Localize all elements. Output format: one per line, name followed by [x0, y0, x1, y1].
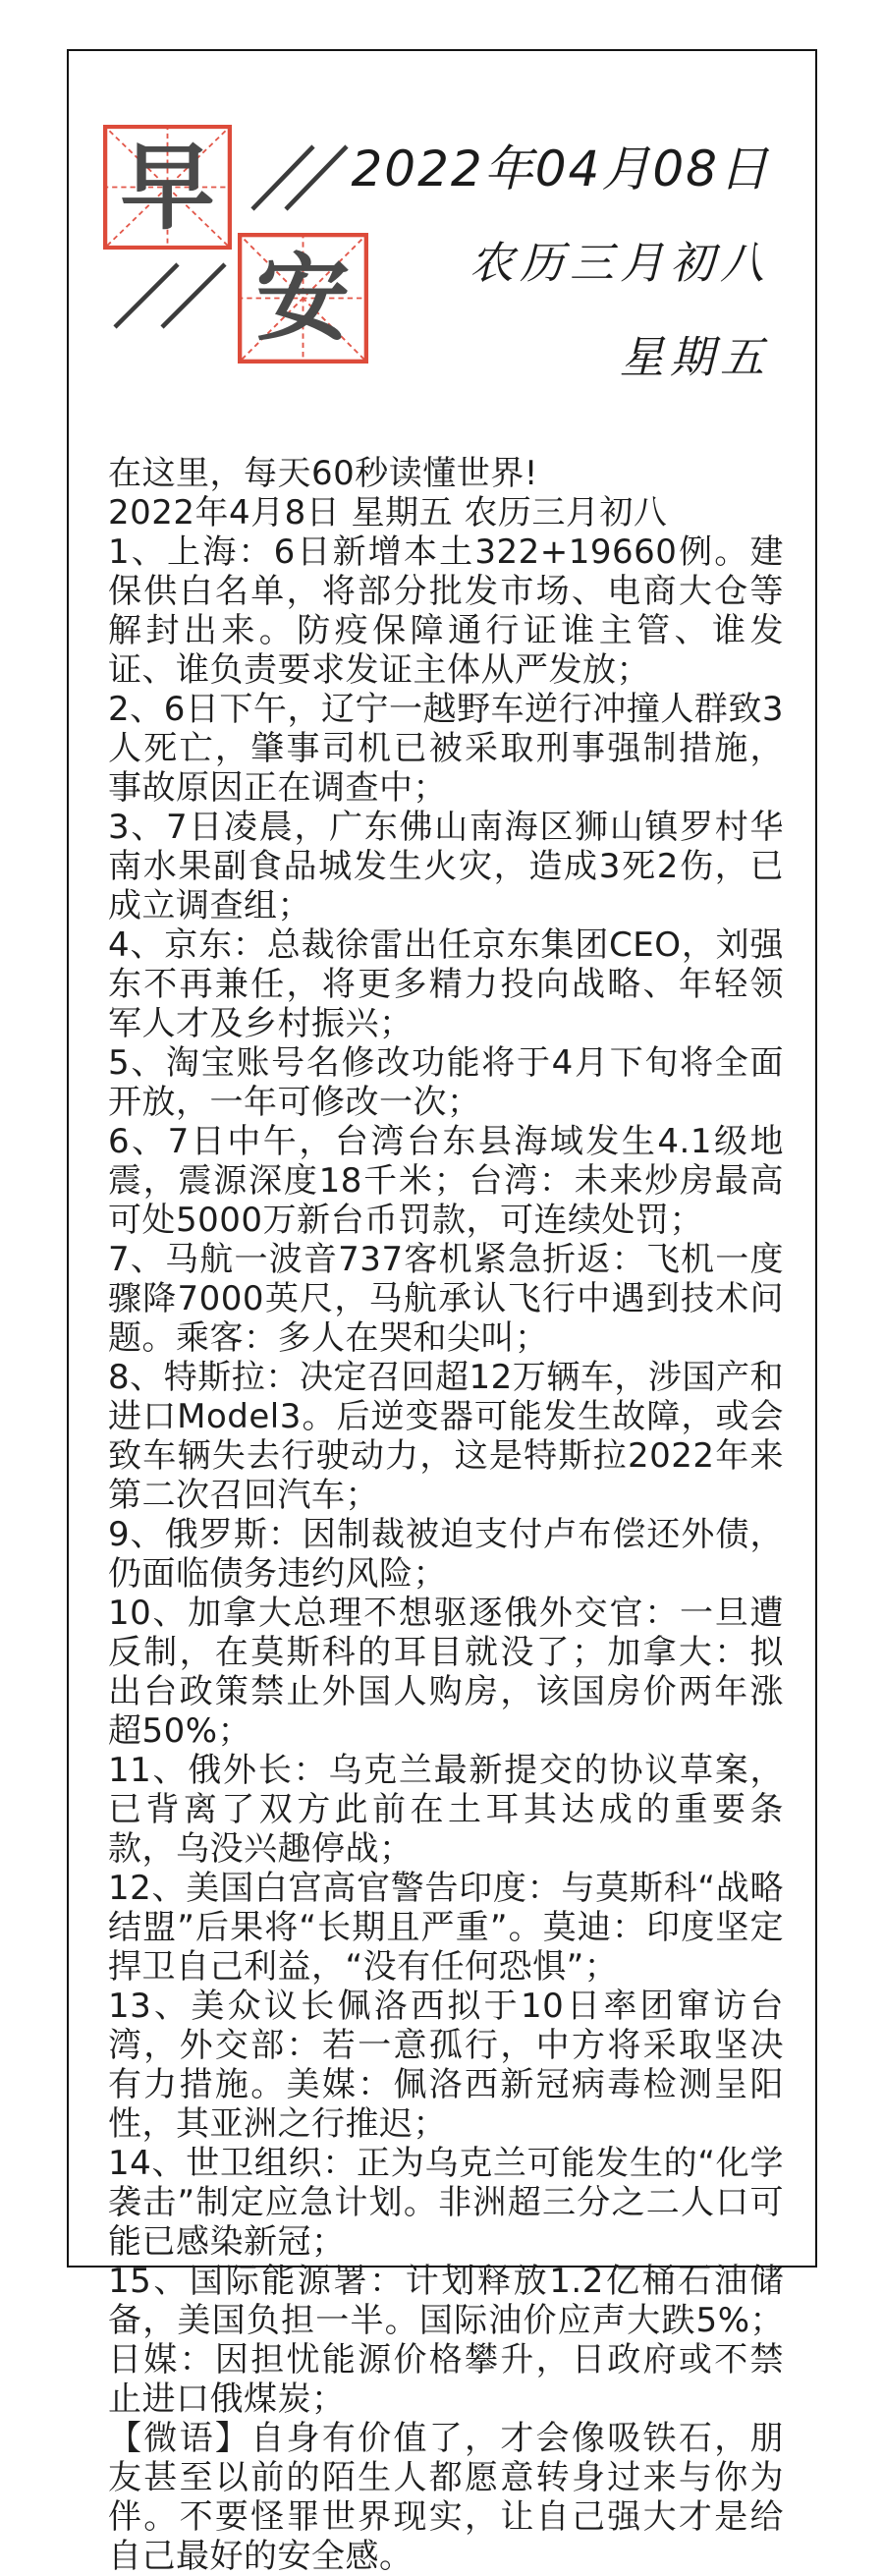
news-item: 7、马航一波音737客机紧急折返：飞机一度骤降7000英尺，马航承认飞行中遇到技…	[108, 1240, 784, 1358]
date-lunar: 农历三月初八	[352, 227, 771, 291]
news-item: 2、6日下午，辽宁一越野车逆行冲撞人群致3人死亡，肇事司机已被采取刑事强制措施，…	[108, 690, 784, 808]
date-heading-line: 2022年4月8日 星期五 农历三月初八	[108, 493, 784, 532]
news-text-block: 在这里，每天60秒读懂世界!2022年4月8日 星期五 农历三月初八1、上海：6…	[108, 454, 784, 2576]
news-item: 3、7日凌晨，广东佛山南海区狮山镇罗村华南水果副食品城发生火灾，造成3死2伤，已…	[108, 808, 784, 925]
news-item: 6、7日中午，台湾台东县海域发生4.1级地震，震源深度18千米；台湾：未来炒房最…	[108, 1122, 784, 1240]
date-block: 2022年04月08日 农历三月初八 星期五	[352, 130, 771, 385]
news-item: 12、美国白宫高官警告印度：与莫斯科“战略结盟”后果将“长期且严重”。莫迪：印度…	[108, 1869, 784, 1987]
news-item: 9、俄罗斯：因制裁被迫支付卢布偿还外债，仍面临债务违约风险；	[108, 1515, 784, 1594]
news-card: 早 安 2022年04月08日 农历三月初八 星期五 在这里，每天60秒读懂世界…	[67, 49, 817, 2268]
intro-line: 在这里，每天60秒读懂世界!	[108, 454, 784, 493]
slash-decoration-top-icon	[250, 143, 349, 212]
date-gregorian: 2022年04月08日	[352, 130, 771, 200]
news-item: 11、俄外长：乌克兰最新提交的协议草案，已背离了双方此前在土耳其达成的重要条款，…	[108, 1751, 784, 1869]
greeting-char-an: 安	[238, 233, 368, 364]
weiyu-line: 【微语】自身有价值了，才会像吸铁石，朋友甚至以前的陌生人都愿意转身过来与你为伴。…	[108, 2419, 784, 2576]
slash-decoration-bottom-icon	[113, 261, 227, 330]
news-item: 4、京东：总裁徐雷出任京东集团CEO，刘强东不再兼任，将更多精力投向战略、年轻领…	[108, 925, 784, 1043]
news-item: 10、加拿大总理不想驱逐俄外交官：一旦遭反制，在莫斯科的耳目就没了；加拿大：拟出…	[108, 1594, 784, 1751]
grid-box-an: 安	[238, 233, 368, 364]
news-item: 14、世卫组织：正为乌克兰可能发生的“化学袭击”制定应急计划。非洲超三分之二人口…	[108, 2144, 784, 2262]
news-item: 15、国际能源署：计划释放1.2亿桶石油储备，美国负担一半。国际油价应声大跌5%…	[108, 2262, 784, 2419]
news-item: 5、淘宝账号名修改功能将于4月下旬将全面开放，一年可修改一次；	[108, 1043, 784, 1122]
date-weekday: 星期五	[352, 321, 771, 385]
news-item: 1、上海：6日新增本土322+19660例。建保供白名单，将部分批发市场、电商大…	[108, 532, 784, 690]
news-item: 8、特斯拉：决定召回超12万辆车，涉国产和进口Model3。后逆变器可能发生故障…	[108, 1358, 784, 1515]
greeting-char-zao: 早	[103, 125, 232, 250]
grid-box-zao: 早	[103, 125, 232, 250]
news-item: 13、美众议长佩洛西拟于10日率团窜访台湾，外交部：若一意孤行，中方将采取坚决有…	[108, 1987, 784, 2144]
